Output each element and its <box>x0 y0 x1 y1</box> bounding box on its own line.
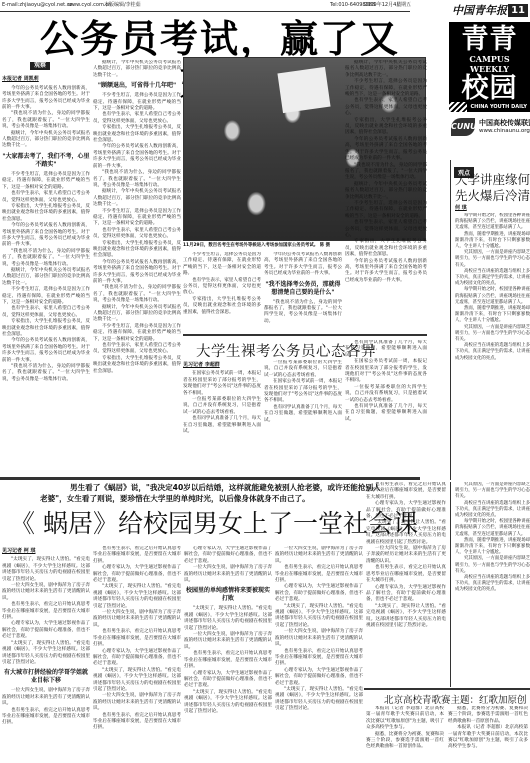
right-story-body: 每学期开始之时，校园里各种讲座的海报贴满了公告栏，讲座现场往往座无虚席，甚至连过… <box>455 213 530 478</box>
paragraph: 在国家公务员考试前一周，本报记者在校园里采访了部分报考的学生，发现他们对于"考公… <box>345 359 427 385</box>
paragraph: 也有男生表示，看完之后开始认真思考毕业后在哪座城市发展，是否要留在大城市打拼。 <box>2 708 90 727</box>
paragraph: 究其原因，一方面是讲座内容缺乏吸引力，另一方面也与学生的学习心态有关。 <box>455 482 530 501</box>
masthead: 中国青年报 11 青青 CAMPUS WEEKLY 校园 CHINA YOUTH… <box>449 0 530 160</box>
paragraph: 也有学生表示，家里人希望自己考公务员，觉得这样更体面，父母也更放心。 <box>2 191 90 204</box>
bottom-right-headline: 北京高校青歌赛主题：红歌加原创 <box>384 692 527 706</box>
paragraph: "我也说不清为什么，身边的同学都报名了，我也就跟着报了。"一位大四学生说，考公务… <box>93 285 181 304</box>
paragraph: 也有同学认真准备了几个月，每天在自习室做题，希望能够顺利进入面试。 <box>183 416 261 435</box>
main-story-column-4: 今年的公务员考试报名人数再创新高，考场里外挤满了来自全国各地的考生。对于许多大学… <box>264 252 342 332</box>
column-divider <box>450 160 451 480</box>
paragraph: 高校应当在讲座的选题与组织上多下功夫，真正满足学生的需求，让讲座成为校园文化的亮… <box>455 343 530 362</box>
paragraph: 专家指出，大学生扎堆报考公务员，反映出就业观念和社会环境的多重因素，值得社会深思… <box>183 297 261 316</box>
section-title-top: 青青 <box>449 26 530 54</box>
paper-name: 中国青年报 <box>452 2 507 18</box>
paragraph: 今年的公务员考试报名人数再创新高，考场里外挤满了来自全国各地的考生。对于许多大学… <box>2 86 90 112</box>
paragraph: "太现实了，现实得让人害怕。"看完电视剧《蜗居》，不少大学生这样感叹。这部讲述都… <box>184 606 272 632</box>
paragraph: 心理专家认为，大学生通过影视作品了解社会，有助于提前做好心理准备，但也不必过于悲… <box>366 585 446 604</box>
section-subtitle: CAMPUS WEEKLY <box>449 54 530 74</box>
right-story-headline: 大学讲座缘何先火爆后冷清 <box>455 172 530 204</box>
paragraph: "我也说不清为什么，身边的同学都报名了，我也就跟着报了。"一位大四学生说，考公务… <box>345 163 427 182</box>
paragraph: 一位大四女生说，剧中海萍为了房子奔波的经历让她对未来的生活有了更清醒的认识。 <box>275 546 363 565</box>
paragraph: 也有男生表示，看完之后开始认真思考毕业后在哪座城市发展，是否要留在大城市打拼。 <box>275 649 363 668</box>
paragraph: 据统计，今年中央机关公务员考试报名人数超过百万，部分热门职位的竞争比例高达数千比… <box>93 189 181 208</box>
main-story-column-1: 观察 本报记者 周凯莉 今年的公务员考试报名人数再创新高，考场里外挤满了来自全国… <box>2 60 90 475</box>
paragraph: 专家指出，大学生扎堆报考公务员，反映出就业观念和社会环境的多重因素，值得社会深思… <box>2 204 90 223</box>
paragraph: 高校应当在讲座的选题与组织上多下功夫，真正满足学生的需求，让讲座成为校园文化的亮… <box>455 575 530 594</box>
bottom-right-column-1: 本报讯（记者 李超群）北京高校第一届青年歌手大奖赛日前启动，本次比赛以"红歌加原… <box>366 706 444 763</box>
paragraph: 心理专家认为，大学生通过影视作品了解社会，有助于提前做好心理准备，但也不必过于悲… <box>93 649 181 668</box>
paragraph: 也有同学认真准备了几个月，每天在自习室做题，希望能够顺利进入面试。 <box>264 405 342 424</box>
paragraph: 心理专家认为，大学生通过影视作品了解社会，有助于提前做好心理准备，但也不必过于悲… <box>366 501 446 520</box>
paragraph: "太现实了，现实得让人害怕。"看完电视剧《蜗居》，不少大学生这样感叹。这部讲述都… <box>275 687 363 713</box>
paragraph: 也有同学认真准备了几个月，每天在自习室做题，希望能够顺利进入面试。 <box>345 404 427 423</box>
paragraph: 今年的公务员考试报名人数再创新高，考场里外挤满了来自全国各地的考生。对于许多大学… <box>93 144 181 170</box>
second-byline: 见习记者 李超群 <box>183 362 261 368</box>
section-divider <box>364 688 530 690</box>
paragraph: 然而，随着学期推进，讲座现场却渐渐冷清下来，有时台下只剩寥寥数人，令主讲人十分尴… <box>455 306 530 325</box>
header-weekday: 星期五 <box>396 0 411 11</box>
paragraph: 据统计，今年中央机关公务员考试报名人数超过百万，部分热门职位的竞争比例高达数千比… <box>93 60 181 79</box>
feature-column-4: 一位大四女生说，剧中海萍为了房子奔波的经历让她对未来的生活有了更清醒的认识。 也… <box>275 546 363 763</box>
paragraph: 今年的公务员考试报名人数再创新高，考场里外挤满了来自全国各地的考生。对于许多大学… <box>345 259 427 285</box>
paragraph: 一位大四女生说，剧中海萍为了房子奔波的经历让她对未来的生活有了更清醒的认识。 <box>93 693 181 712</box>
paragraph: 也有学生表示，家里人希望自己考公务员，觉得这样更体面，父母也更放心。 <box>345 98 427 117</box>
paragraph: 专家指出，大学生扎堆报考公务员，反映出就业观念和社会环境的多重因素，值得社会深思… <box>93 356 181 375</box>
paragraph: 一位报考某部委职位的大四学生说，自己并没有系统复习，只是抱着试一试的心态去考场看… <box>183 397 261 416</box>
cyd-strip: CHINA YOUTH DAILY <box>449 102 530 112</box>
paragraph: 究其原因，一方面是讲座内容缺乏吸引力，另一方面也与学生的学习心态有关。 <box>455 325 530 344</box>
paragraph: 据统计，今年中央机关公务员考试报名人数超过百万，部分热门职位的竞争比例高达数千比… <box>2 131 90 150</box>
column-divider <box>450 482 451 687</box>
paragraph: 在国家公务员考试前一周，本报记者在校园里采访了部分报考的学生，发现他们对于"考公… <box>264 379 342 405</box>
feature-column-1: 见习记者 柯 琪 "太现实了，现实得让人害怕。"看完电视剧《蜗居》，不少大学生这… <box>2 546 90 763</box>
cyd-label: CHINA YOUTH DAILY <box>467 102 530 112</box>
paragraph: 今年的公务员考试报名人数再创新高，考场里外挤满了来自全国各地的考生。对于许多大学… <box>2 338 90 364</box>
main-story-column-3: 不少考生坦言，选择公务员是因为工作稳定、待遇有保障，在就业形势严峻的当下，这是一… <box>183 252 261 332</box>
paragraph: 据统计，今年中央机关公务员考试报名人数超过百万，部分热门职位的竞争比例高达数千比… <box>93 305 181 324</box>
paragraph: 据悉，比赛将分为初赛、复赛和决赛三个阶段，参赛选手需演唱一首红色经典歌曲和一首原… <box>448 706 528 725</box>
paragraph: 也有男生表示，看完之后开始认真思考毕业后在哪座城市发展，是否要留在大城市打拼。 <box>366 482 446 501</box>
paragraph: 也有学生表示，家里人希望自己考公务员，觉得这样更体面，父母也更放心。 <box>183 278 261 297</box>
paragraph: 一位大四女生说，剧中海萍为了房子奔波的经历让她对未来的生活有了更清醒的认识。 <box>2 583 90 602</box>
section-title-bottom: 校园 <box>449 74 530 104</box>
paragraph: "太现实了，现实得让人害怕。"看完电视剧《蜗居》，不少大学生这样感叹。这部讲述都… <box>2 557 90 583</box>
paragraph: 专家指出，大学生扎堆报考公务员，反映出就业观念和社会环境的多重因素，值得社会深思… <box>345 239 427 258</box>
paragraph: 心理专家认为，大学生通过影视作品了解社会，有助于提前做好心理准备，但也不必过于悲… <box>93 565 181 584</box>
paragraph: 一位报考某部委职位的大四学生说，自己并没有系统复习，只是抱着试一试的心态去考场看… <box>345 385 427 404</box>
paragraph: 然而，随着学期推进，讲座现场却渐渐冷清下来，有时台下只剩寥寥数人，令主讲人十分尴… <box>455 538 530 557</box>
paragraph: "太现实了，现实得让人害怕。"看完电视剧《蜗居》，不少大学生这样感叹。这部讲述都… <box>93 584 181 610</box>
paragraph: 本报讯（记者 李超群）北京高校第一届青年歌手大奖赛日前启动，本次比赛以"红歌加原… <box>448 725 528 751</box>
paragraph: 今年的公务员考试报名人数再创新高，考场里外挤满了来自全国各地的考生。对于许多大学… <box>93 260 181 286</box>
paragraph: "我也说不清为什么，身边的同学都报名了，我也就跟着报了。"一位大四学生说，考公务… <box>2 249 90 268</box>
main-story-column-5: 据统计，今年中央机关公务员考试报名人数超过百万，部分热门职位的竞争比例高达数千比… <box>345 60 427 332</box>
paragraph: 本报讯（记者 李超群）北京高校第一届青年歌手大奖赛日前启动，本次比赛以"红歌加原… <box>366 706 444 732</box>
paragraph: 也有学生表示，家里人希望自己考公务员，觉得这样更体面，父母也更放心。 <box>345 220 427 239</box>
paragraph: 不少考生坦言，选择公务员是因为工作稳定、待遇有保障，在就业形势严峻的当下，这是一… <box>2 287 90 306</box>
subheading: 有大城市打拼经验的学哥学姐就业目标下移 <box>2 669 90 685</box>
paragraph: "我也说不清为什么，身边的同学都报名了，我也就跟着报了。"一位大四学生说，考公务… <box>93 170 181 189</box>
second-story-column-1: 见习记者 李超群 在国家公务员考试前一周，本报记者在校园里采访了部分报考的学生，… <box>183 360 261 475</box>
second-story-column-2: 一位报考某部委职位的大四学生说，自己并没有系统复习，只是抱着试一试的心态去考场看… <box>264 360 342 475</box>
feature-headline: 《 蜗居》给校园男女上了一堂社会课 <box>10 509 418 539</box>
main-story-column-2: 据统计，今年中央机关公务员考试报名人数超过百万，部分热门职位的竞争比例高达数千比… <box>93 60 181 475</box>
header-editors: 本版编辑/李桂茹 <box>104 0 141 11</box>
bottom-right-column-2: 据悉，比赛将分为初赛、复赛和决赛三个阶段，参赛选手需演唱一首红色经典歌曲和一首原… <box>448 706 528 763</box>
paragraph: 不少考生坦言，选择公务员是因为工作稳定、待遇有保障，在就业形势严峻的当下，这是一… <box>345 79 427 98</box>
paragraph: 然而，随着学期推进，讲座现场却渐渐冷清下来，有时台下只剩寥寥数人，令主讲人十分尴… <box>455 232 530 251</box>
paragraph: 一位大四女生说，剧中海萍为了房子奔波的经历让她对未来的生活有了更清醒的认识。 <box>184 565 272 584</box>
second-story-column-3: 也有同学认真准备了几个月，每天在自习室做题，希望能够顺利进入面试。 在国家公务员… <box>345 340 427 475</box>
paragraph: 据统计，今年中央机关公务员考试报名人数超过百万，部分热门职位的竞争比例高达数千比… <box>345 60 427 79</box>
paragraph: 一位大四女生说，剧中海萍为了房子奔波的经历让她对未来的生活有了更清醒的认识。 <box>366 546 446 565</box>
paragraph: 一位报考某部委职位的大四学生说，自己并没有系统复习，只是抱着试一试的心态去考场看… <box>264 360 342 379</box>
paragraph: "太现实了，现实得让人害怕。"看完电视剧《蜗居》，不少大学生这样感叹。这部讲述都… <box>366 604 446 630</box>
paragraph: 究其原因，一方面是讲座内容缺乏吸引力，另一方面也与学生的学习心态有关。 <box>455 250 530 269</box>
paragraph: "太现实了，现实得让人害怕。"看完电视剧《蜗居》，不少大学生这样感叹。这部讲述都… <box>275 604 363 630</box>
paragraph: 据悉，比赛将分为初赛、复赛和决赛三个阶段，参赛选手需演唱一首红色经典歌曲和一首原… <box>366 732 444 751</box>
section-divider <box>183 334 427 336</box>
paragraph: 也有学生表示，家里人希望自己考公务员，觉得这样更体面，父母也更放心。 <box>2 306 90 319</box>
page-divider <box>0 477 420 480</box>
paragraph: 也有男生表示，看完之后开始认真思考毕业后在哪座城市发展，是否要留在大城市打拼。 <box>93 713 181 732</box>
right-story-byline: 何 琪 <box>455 204 467 211</box>
paragraph: "我也说不清为什么，身边的同学都报名了，我也就跟着报了。"一位大四学生说，考公务… <box>2 111 90 130</box>
paragraph: 不少考生坦言，选择公务员是因为工作稳定、待遇有保障，在就业形势严峻的当下，这是一… <box>93 324 181 343</box>
paragraph: 也有男生表示，看完之后开始认真思考毕业后在哪座城市发展，是否要留在大城市打拼。 <box>184 651 272 670</box>
paragraph: 专家指出，大学生扎堆报考公务员，反映出就业观念和社会环境的多重因素，值得社会深思… <box>93 125 181 144</box>
paragraph: 一位大四女生说，剧中海萍为了房子奔波的经历让她对未来的生活有了更清醒的认识。 <box>2 688 90 707</box>
header-email: E-mail:zhjiaoyu@cyol.net.cn <box>2 0 73 11</box>
partner-logo: CUNU 中国高校传媒联盟 www.chinaunu.org <box>449 116 530 140</box>
paragraph: 不少考生坦言，选择公务员是因为工作稳定、待遇有保障，在就业形势严峻的当下，这是一… <box>2 172 90 191</box>
right-story-continuation: 究其原因，一方面是讲座内容缺乏吸引力，另一方面也与学生的学习心态有关。 高校应当… <box>455 482 530 687</box>
paragraph: 也有男生表示，看完之后开始认真思考毕业后在哪座城市发展，是否要留在大城市打拼。 <box>93 546 181 565</box>
paragraph: 不少考生坦言，选择公务员是因为工作稳定、待遇有保障，在就业形势严峻的当下，这是一… <box>93 209 181 228</box>
feature-teaser: 男生看了《蜗居》说，"我决定40岁以后结婚，这样就能避免被别人抢老婆，或许还能抢… <box>40 482 385 504</box>
feature-column-2: 也有男生表示，看完之后开始认真思考毕业后在哪座城市发展，是否要留在大城市打拼。 … <box>93 546 181 763</box>
paragraph: "我也说不清为什么，身边的同学都报名了，我也就跟着报了。"一位大四学生说，考公务… <box>264 300 342 326</box>
paragraph: "我也说不清为什么，身边的同学都报名了，我也就跟着报了。"一位大四学生说，考公务… <box>2 364 90 383</box>
paragraph: 也有同学认真准备了几个月，每天在自习室做题，希望能够顺利进入面试。 <box>345 340 427 359</box>
paragraph: 不少考生坦言，选择公务员是因为工作稳定、待遇有保障，在就业形势严峻的当下，这是一… <box>183 252 261 278</box>
paragraph: 也有学生表示，家里人希望自己考公务员，觉得这样更体面，父母也更放心。 <box>93 112 181 125</box>
paragraph: 今年的公务员考试报名人数再创新高，考场里外挤满了来自全国各地的考生。对于许多大学… <box>2 223 90 249</box>
feature-column-3: 心理专家认为，大学生通过影视作品了解社会，有助于提前做好心理准备，但也不必过于悲… <box>184 546 272 763</box>
section-title-block: 青青 CAMPUS WEEKLY 校园 <box>449 22 530 102</box>
paragraph: 今年的公务员考试报名人数再创新高，考场里外挤满了来自全国各地的考生。对于许多大学… <box>264 252 342 278</box>
subheading: "大家都去考了，我们不考，心里不踏实" <box>2 153 90 169</box>
feature-column-5: 也有男生表示，看完之后开始认真思考毕业后在哪座城市发展，是否要留在大城市打拼。 … <box>366 482 446 687</box>
paragraph: 据统计，今年中央机关公务员考试报名人数超过百万，部分热门职位的竞争比例高达数千比… <box>2 268 90 287</box>
paragraph: 不少考生坦言，选择公务员是因为工作稳定、待遇有保障，在就业形势严峻的当下，这是一… <box>93 93 181 112</box>
subheading: "我不选择考公务员，那就得想清楚自己要的是什么" <box>264 281 342 297</box>
paragraph: 一位大四女生说，剧中海萍为了房子奔波的经历让她对未来的生活有了更清醒的认识。 <box>93 610 181 629</box>
paragraph: 专家指出，大学生扎堆报考公务员，反映出就业观念和社会环境的多重因素，值得社会深思… <box>93 241 181 260</box>
paragraph: 每学期开始之时，校园里各种讲座的海报贴满了公告栏，讲座现场往往座无虚席，甚至连过… <box>455 519 530 538</box>
paragraph: 专家指出，大学生扎堆报考公务员，反映出就业观念和社会环境的多重因素，值得社会深思… <box>345 118 427 137</box>
paragraph: 心理专家认为，大学生通过影视作品了解社会，有助于提前做好心理准备，但也不必过于悲… <box>184 671 272 690</box>
paragraph: 也有男生表示，看完之后开始认真思考毕业后在哪座城市发展，是否要留在大城市打拼。 <box>93 629 181 648</box>
paragraph: 高校应当在讲座的选题与组织上多下功夫，真正满足学生的需求，让讲座成为校园文化的亮… <box>455 501 530 520</box>
cunu-logo-icon: CUNU <box>451 118 475 136</box>
paragraph: 也有学生表示，家里人希望自己考公务员，觉得这样更体面，父母也更放心。 <box>93 343 181 356</box>
paragraph: 高校应当在讲座的选题与组织上多下功夫，真正满足学生的需求，让讲座成为校园文化的亮… <box>455 269 530 288</box>
paragraph: 心理专家认为，大学生通过影视作品了解社会，有助于提前做好心理准备，但也不必过于悲… <box>2 621 90 640</box>
observe-tag: 观察 <box>30 62 50 70</box>
paragraph: 也有学生表示，家里人希望自己考公务员，觉得这样更体面，父母也更放心。 <box>93 228 181 241</box>
paragraph: "太现实了，现实得让人害怕。"看完电视剧《蜗居》，不少大学生这样感叹。这部讲述都… <box>366 520 446 546</box>
subheading: "顾额退出，可省得十几年吧" <box>93 82 181 90</box>
paragraph: 究其原因，一方面是讲座内容缺乏吸引力，另一方面也与学生的学习心态有关。 <box>455 556 530 575</box>
partner-url: www.chinaunu.org <box>479 128 530 134</box>
paragraph: 一位大四女生说，剧中海萍为了房子奔波的经历让她对未来的生活有了更清醒的认识。 <box>184 632 272 651</box>
page-number: 11 <box>508 4 528 17</box>
paragraph: 据统计，今年中央机关公务员考试报名人数超过百万，部分热门职位的竞争比例高达数千比… <box>345 182 427 201</box>
feature-byline: 见习记者 柯 琪 <box>2 548 90 554</box>
paragraph: 心理专家认为，大学生通过影视作品了解社会，有助于提前做好心理准备，但也不必过于悲… <box>275 584 363 603</box>
paragraph: 每学期开始之时，校园里各种讲座的海报贴满了公告栏，讲座现场往往座无虚席，甚至连过… <box>455 287 530 306</box>
page-header-bar: E-mail:zhjiaoyu@cyol.net.cn www.cyol.com… <box>0 0 410 12</box>
partner-name: 中国高校传媒联盟 <box>479 118 530 128</box>
paragraph: 心理专家认为，大学生通过影视作品了解社会，有助于提前做好心理准备，但也不必过于悲… <box>184 546 272 565</box>
paragraph: 一位大四女生说，剧中海萍为了房子奔波的经历让她对未来的生活有了更清醒的认识。 <box>275 629 363 648</box>
paragraph: "太现实了，现实得让人害怕。"看完电视剧《蜗居》，不少大学生这样感叹。这部讲述都… <box>2 641 90 667</box>
paragraph: 今年的公务员考试报名人数再创新高，考场里外挤满了来自全国各地的考生。对于许多大学… <box>345 137 427 163</box>
paragraph: 专家指出，大学生扎堆报考公务员，反映出就业观念和社会环境的多重因素，值得社会深思… <box>2 319 90 338</box>
subheading: 校园里的单纯感情将来要被现实打败 <box>184 587 272 603</box>
paragraph: 也有男生表示，看完之后开始认真思考毕业后在哪座城市发展，是否要留在大城市打拼。 <box>275 565 363 584</box>
paragraph: 心理专家认为，大学生通过影视作品了解社会，有助于提前做好心理准备，但也不必过于悲… <box>275 668 363 687</box>
paragraph: 也有男生表示，看完之后开始认真思考毕业后在哪座城市发展，是否要留在大城市打拼。 <box>2 602 90 621</box>
paragraph: 在国家公务员考试前一周，本报记者在校园里采访了部分报考的学生，发现他们对于"考公… <box>183 371 261 397</box>
main-byline: 本报记者 周凯莉 <box>2 76 90 82</box>
held-document-shape <box>277 67 330 113</box>
paragraph: "太现实了，现实得让人害怕。"看完电视剧《蜗居》，不少大学生这样感叹。这部讲述都… <box>93 668 181 694</box>
paragraph: 每学期开始之时，校园里各种讲座的海报贴满了公告栏，讲座现场往往座无虚席，甚至连过… <box>455 213 530 232</box>
paragraph: "太现实了，现实得让人害怕。"看完电视剧《蜗居》，不少大学生这样感叹。这部讲述都… <box>184 690 272 716</box>
paragraph: 不少考生坦言，选择公务员是因为工作稳定、待遇有保障，在就业形势严峻的当下，这是一… <box>345 201 427 220</box>
paragraph: 也有男生表示，看完之后开始认真思考毕业后在哪座城市发展，是否要留在大城市打拼。 <box>366 565 446 584</box>
